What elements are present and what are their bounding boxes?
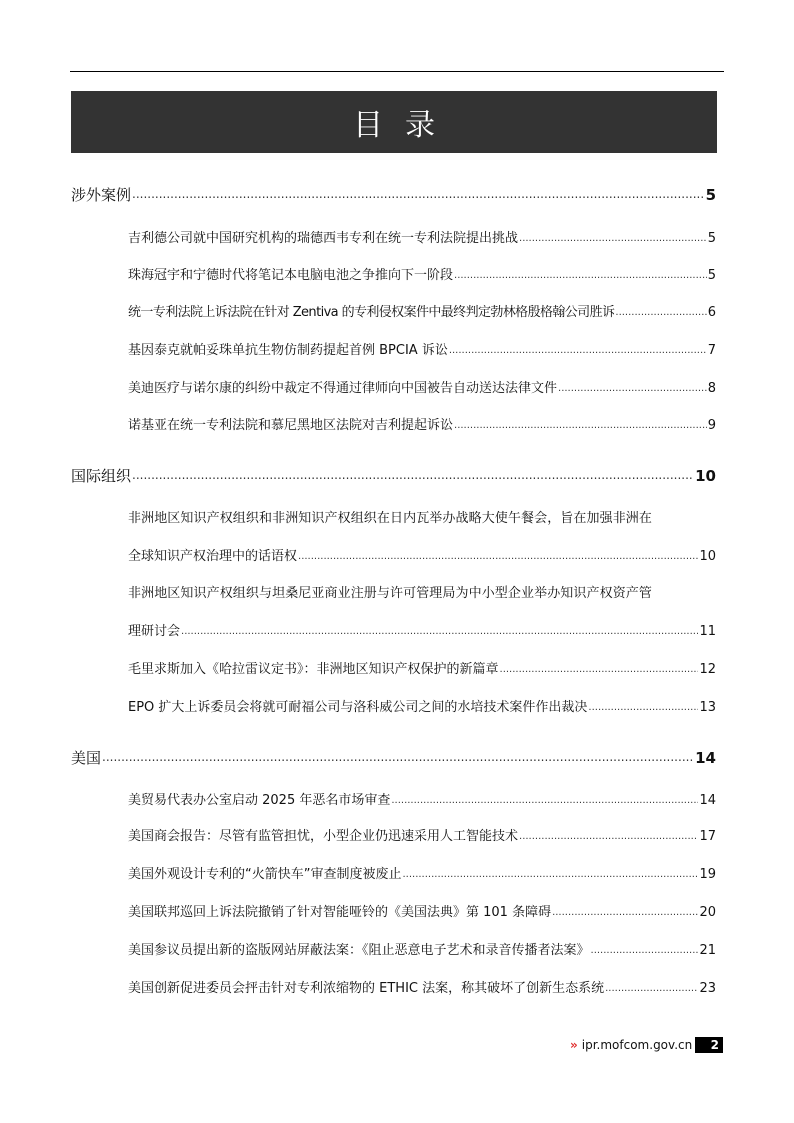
toc-page-number: 9 (708, 418, 716, 433)
toc-page-number: 10 (695, 467, 716, 485)
toc-page-number: 23 (699, 981, 716, 996)
dot-leader (552, 903, 698, 916)
dot-leader (500, 660, 699, 673)
header-rule (70, 71, 724, 72)
toc-section-title: 国际组织 (71, 465, 131, 486)
toc-item-title: 美国联邦巡回上诉法院撤销了针对智能哑铃的《美国法典》第 101 条障碍 (128, 901, 551, 920)
toc-page-number: 21 (699, 943, 716, 958)
toc-page-number: 17 (699, 829, 716, 844)
dot-leader (298, 547, 698, 560)
dot-leader (132, 466, 694, 481)
toc-page-number: 5 (708, 231, 716, 246)
toc-section[interactable]: 涉外案例 5 (71, 184, 716, 205)
toc-item[interactable]: 珠海冠宇和宁德时代将笔记本电脑电池之争推向下一阶段 5 (128, 264, 716, 283)
toc-section-title: 美国 (71, 747, 101, 768)
toc-section-title: 涉外案例 (71, 184, 131, 205)
toc-item-title: 珠海冠宇和宁德时代将笔记本电脑电池之争推向下一阶段 (128, 264, 453, 283)
toc-item[interactable]: 理研讨会 11 (128, 620, 716, 639)
dot-leader (588, 698, 698, 711)
toc-item[interactable]: 美迪医疗与诺尔康的纠纷中裁定不得通过律师向中国被告自动送达法律文件 8 (128, 377, 716, 396)
toc-page-number: 6 (708, 305, 716, 320)
toc-item[interactable]: 美国联邦巡回上诉法院撤销了针对智能哑铃的《美国法典》第 101 条障碍 20 (128, 901, 716, 920)
dot-leader (391, 791, 698, 804)
toc-item-title: 美贸易代表办公室启动 2025 年恶名市场审查 (128, 789, 390, 808)
toc-page-number: 11 (699, 624, 716, 639)
dot-leader (449, 341, 707, 354)
toc-section[interactable]: 国际组织 10 (71, 465, 716, 486)
dot-leader (132, 185, 705, 200)
dot-leader (605, 979, 698, 992)
toc-item-title: 美国创新促进委员会抨击针对专利浓缩物的 ETHIC 法案，称其破坏了创新生态系统 (128, 977, 604, 996)
dot-leader (558, 379, 707, 392)
toc-item[interactable]: 诺基亚在统一专利法院和慕尼黑地区法院对吉利提起诉讼 9 (128, 414, 716, 433)
chevron-right-icon: » (570, 1038, 578, 1052)
toc-item-title: 毛里求斯加入《哈拉雷议定书》：非洲地区知识产权保护的新篇章 (128, 658, 499, 677)
dot-leader (591, 941, 699, 954)
toc-page-number: 13 (699, 700, 716, 715)
toc-item-title: 理研讨会 (128, 620, 180, 639)
dot-leader (519, 229, 707, 242)
dot-leader (102, 748, 694, 763)
toc-item[interactable]: 美国参议员提出新的盗版网站屏蔽法案：《阻止恶意电子艺术和录音传播者法案》 21 (128, 939, 716, 958)
toc-item[interactable]: 美国创新促进委员会抨击针对专利浓缩物的 ETHIC 法案，称其破坏了创新生态系统… (128, 977, 716, 996)
toc-section[interactable]: 美国 14 (71, 747, 716, 768)
toc-item[interactable]: 美国商会报告：尽管有监管担忧，小型企业仍迅速采用人工智能技术 17 (128, 825, 716, 844)
toc-page-number: 8 (708, 381, 716, 396)
toc-item[interactable]: 毛里求斯加入《哈拉雷议定书》：非洲地区知识产权保护的新篇章 12 (128, 658, 716, 677)
toc-page-number: 5 (706, 186, 716, 204)
toc-item-title: 美迪医疗与诺尔康的纠纷中裁定不得通过律师向中国被告自动送达法律文件 (128, 377, 557, 396)
toc-item-title: 美国参议员提出新的盗版网站屏蔽法案：《阻止恶意电子艺术和录音传播者法案》 (128, 939, 590, 958)
toc-item-title-line1[interactable]: 非洲地区知识产权组织和非洲知识产权组织在日内瓦举办战略大使午餐会，旨在加强非洲在 (128, 507, 716, 526)
footer-site-text: ipr.mofcom.gov.cn (582, 1038, 692, 1052)
toc-item-title: 诺基亚在统一专利法院和慕尼黑地区法院对吉利提起诉讼 (128, 414, 453, 433)
toc-page-number: 19 (699, 867, 716, 882)
toc-page-number: 14 (695, 749, 716, 767)
dot-leader (519, 827, 698, 840)
toc-item[interactable]: EPO 扩大上诉委员会将就可耐福公司与洛科威公司之间的水培技术案件作出裁决 13 (128, 696, 716, 715)
toc-item[interactable]: 全球知识产权治理中的话语权 10 (128, 545, 716, 564)
toc-page-number: 10 (699, 549, 716, 564)
toc-page-number: 14 (699, 793, 716, 808)
toc-page-number: 12 (699, 662, 716, 677)
toc-page-number: 5 (708, 268, 716, 283)
dot-leader (615, 303, 706, 316)
toc-item-title: 吉利德公司就中国研究机构的瑞德西韦专利在统一专利法院提出挑战 (128, 227, 518, 246)
toc-item[interactable]: 基因泰克就帕妥珠单抗生物仿制药提起首例 BPCIA 诉讼 7 (128, 339, 716, 358)
toc-item[interactable]: 美贸易代表办公室启动 2025 年恶名市场审查 14 (128, 789, 716, 808)
dot-leader (454, 266, 707, 279)
toc-item[interactable]: 吉利德公司就中国研究机构的瑞德西韦专利在统一专利法院提出挑战 5 (128, 227, 716, 246)
toc-item-title: 全球知识产权治理中的话语权 (128, 545, 297, 564)
toc-page-number: 20 (699, 905, 716, 920)
dot-leader (181, 622, 698, 635)
dot-leader (454, 416, 707, 429)
toc-title-banner: 目录 (71, 91, 717, 153)
toc-item-title: EPO 扩大上诉委员会将就可耐福公司与洛科威公司之间的水培技术案件作出裁决 (128, 696, 587, 715)
toc-page-number: 7 (708, 343, 716, 358)
toc-item-title: 统一专利法院上诉法院在针对 Zentiva 的专利侵权案件中最终判定勃林格殷格翰… (128, 301, 614, 320)
toc-item-title: 基因泰克就帕妥珠单抗生物仿制药提起首例 BPCIA 诉讼 (128, 339, 448, 358)
toc-item-title: 美国外观设计专利的“火箭快车”审查制度被废止 (128, 863, 401, 882)
dot-leader (402, 865, 698, 878)
toc-item[interactable]: 美国外观设计专利的“火箭快车”审查制度被废止 19 (128, 863, 716, 882)
page-number-badge: 2 (695, 1037, 723, 1053)
page-title: 目录 (331, 100, 457, 144)
toc-item-title: 美国商会报告：尽管有监管担忧，小型企业仍迅速采用人工智能技术 (128, 825, 518, 844)
toc-item-title-line1[interactable]: 非洲地区知识产权组织与坦桑尼亚商业注册与许可管理局为中小型企业举办知识产权资产管 (128, 582, 716, 601)
footer-site-link[interactable]: »ipr.mofcom.gov.cn (570, 1038, 692, 1052)
toc-item[interactable]: 统一专利法院上诉法院在针对 Zentiva 的专利侵权案件中最终判定勃林格殷格翰… (128, 301, 716, 320)
